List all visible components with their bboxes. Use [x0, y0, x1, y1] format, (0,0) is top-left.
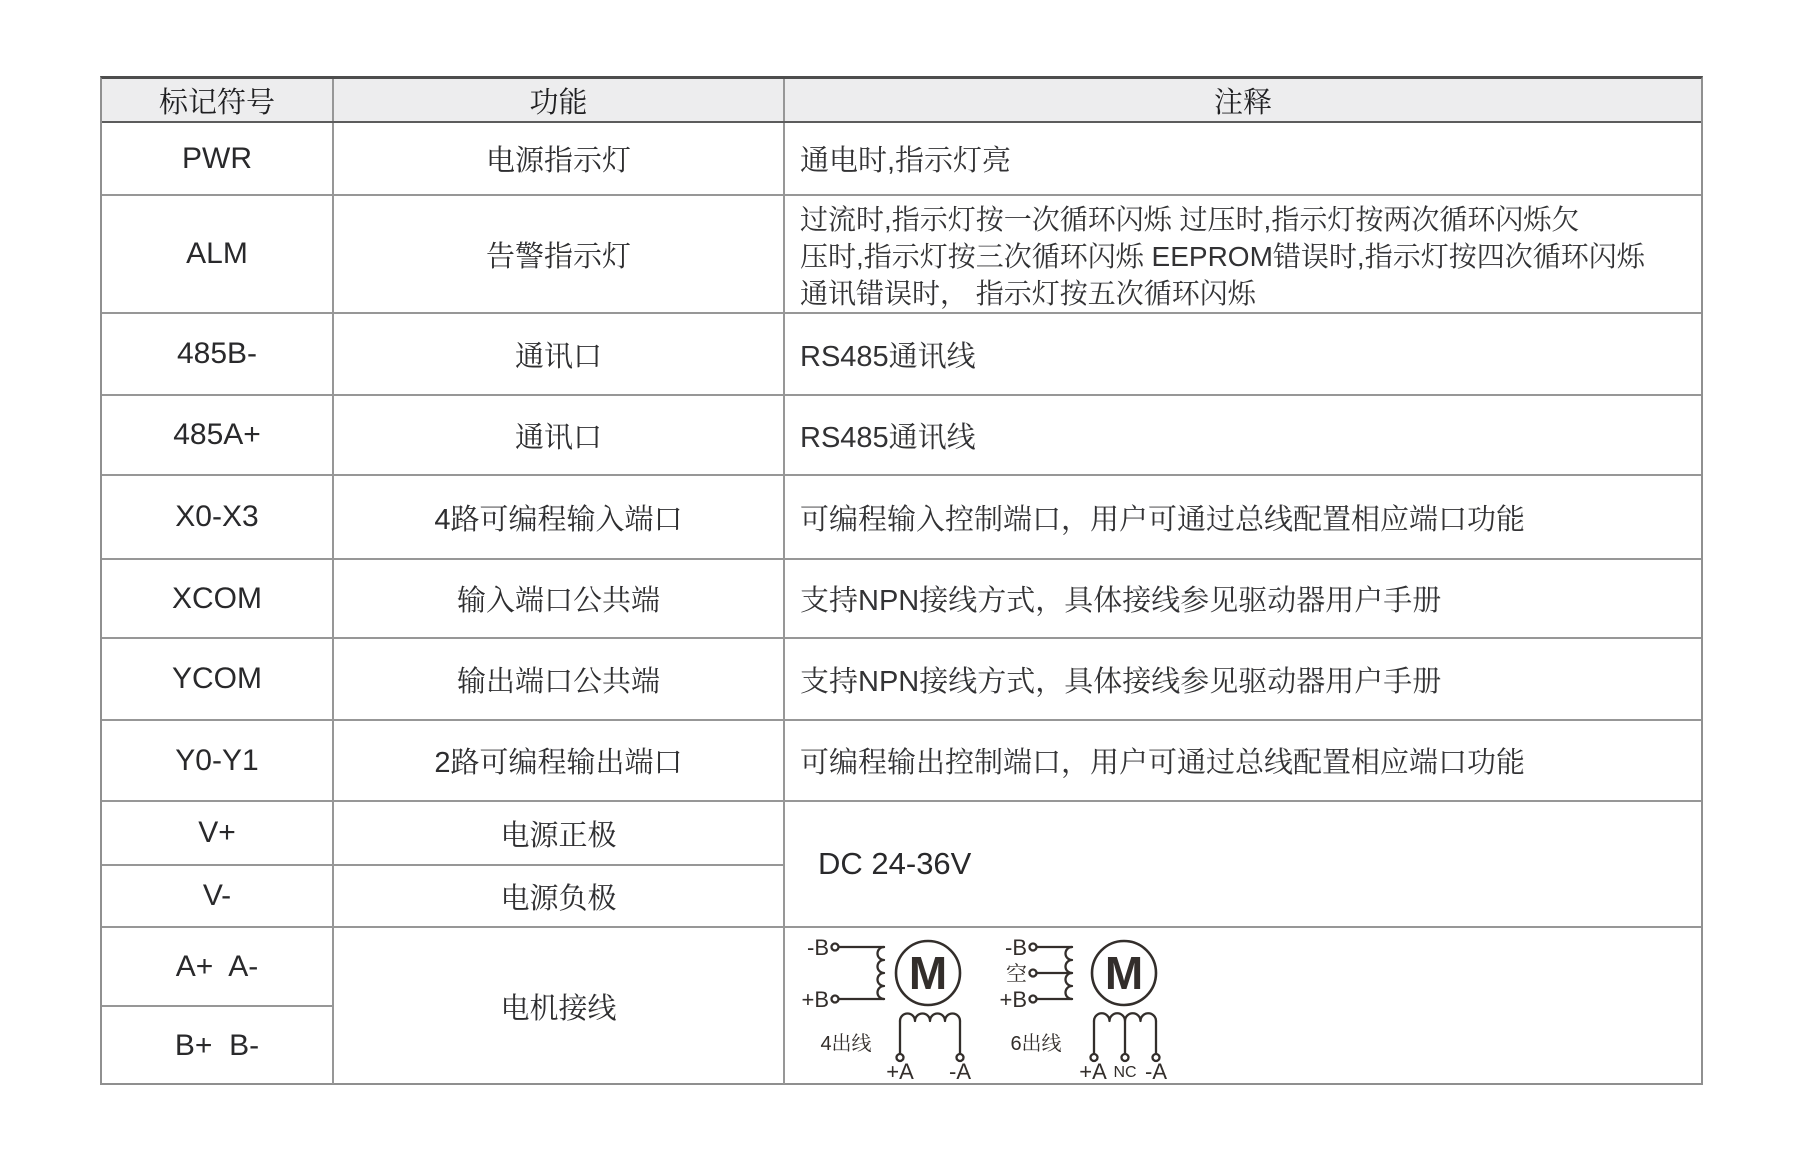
symbol-cell: ALM [102, 196, 334, 312]
function-cell: 告警指示灯 [334, 196, 785, 312]
six-wire-motor-letter: M [1105, 947, 1143, 999]
table-row-485b: 485B- 通讯口 RS485通讯线 [102, 314, 1701, 396]
function-cell: 输入端口公共端 [334, 560, 785, 637]
four-wire-horizontal-coil [900, 1014, 960, 1022]
six-wire-nc-label: NC [1113, 1064, 1136, 1081]
table-section-power: V+ V- 电源正极 电源负极 DC 24-36V [102, 802, 1701, 928]
six-wire-a-minus-label: -A [1145, 1059, 1167, 1082]
note-cell: 通电时,指示灯亮 [785, 123, 1701, 194]
function-cell: 输出端口公共端 [334, 639, 785, 719]
motor-wiring-diagram: -B +B M +A -A 4出线 -B 空 +B M +A NC -A 6出线 [785, 928, 1701, 1082]
function-cell: 电源负极 [334, 866, 783, 926]
note-cell: 支持NPN接线方式，具体接线参见驱动器用户手册 [785, 639, 1701, 719]
six-wire-b-minus-label: -B [1005, 935, 1027, 960]
symbol-cell: A+ A- [102, 928, 332, 1007]
note-cell: 过流时,指示灯按一次循环闪烁 过压时,指示灯按两次循环闪烁欠 压时,指示灯按三次… [785, 196, 1701, 312]
terminal-dot [1030, 996, 1037, 1003]
note-cell: RS485通讯线 [785, 396, 1701, 474]
function-cell: 通讯口 [334, 314, 785, 394]
four-wire-a-minus-label: -A [949, 1059, 971, 1082]
four-wire-a-plus-label: +A [886, 1059, 914, 1082]
symbol-cell: V+ [102, 802, 332, 866]
table-header-row: 标记符号 功能 注释 [102, 79, 1701, 123]
note-cell: 可编程输入控制端口，用户可通过总线配置相应端口功能 [785, 476, 1701, 558]
table-row-pwr: PWR 电源指示灯 通电时,指示灯亮 [102, 123, 1701, 196]
four-wire-a-wires [900, 1021, 960, 1054]
symbol-cell: V- [102, 866, 332, 926]
table-section-motor: A+ A- B+ B- 电机接线 [102, 928, 1701, 1084]
terminal-dot [1030, 970, 1037, 977]
note-cell: RS485通讯线 [785, 314, 1701, 394]
table-row-xcom: XCOM 输入端口公共端 支持NPN接线方式，具体接线参见驱动器用户手册 [102, 560, 1701, 639]
symbol-cell: PWR [102, 123, 334, 194]
six-wire-mid-label: 空 [1006, 963, 1027, 986]
motor-wiring-diagram-cell: -B +B M +A -A 4出线 -B 空 +B M +A NC -A 6出线 [785, 928, 1701, 1084]
six-wire-b-plus-label: +B [999, 987, 1027, 1012]
table-row-485a: 485A+ 通讯口 RS485通讯线 [102, 396, 1701, 476]
symbol-cell: X0-X3 [102, 476, 334, 558]
four-wire-b-plus-label: +B [801, 987, 829, 1012]
symbol-cell: B+ B- [102, 1007, 332, 1084]
four-wire-b-minus-label: -B [807, 935, 829, 960]
symbol-cell: XCOM [102, 560, 334, 637]
four-wire-vertical-coil [878, 947, 885, 999]
table-row-x0x3: X0-X3 4路可编程输入端口 可编程输入控制端口，用户可通过总线配置相应端口功… [102, 476, 1701, 560]
symbol-cell: 485B- [102, 314, 334, 394]
table-row-alm: ALM 告警指示灯 过流时,指示灯按一次循环闪烁 过压时,指示灯按两次循环闪烁欠… [102, 196, 1701, 314]
symbol-cell: 485A+ [102, 396, 334, 474]
function-cell: 电源正极 [334, 802, 783, 866]
six-wire-horizontal-coil [1094, 1013, 1156, 1021]
four-wire-caption: 4出线 [820, 1032, 871, 1055]
four-wire-motor-letter: M [909, 947, 947, 999]
power-symbol-column: V+ V- [102, 802, 334, 926]
header-note: 注释 [785, 79, 1701, 121]
six-wire-a-wires [1094, 1021, 1156, 1054]
power-function-column: 电源正极 电源负极 [334, 802, 785, 926]
power-voltage-note: DC 24-36V [785, 802, 1701, 926]
six-wire-caption: 6出线 [1010, 1032, 1061, 1055]
terminal-spec-table: 标记符号 功能 注释 PWR 电源指示灯 通电时,指示灯亮 ALM 告警指示灯 … [100, 76, 1703, 1085]
terminal-dot [832, 944, 839, 951]
motor-function-cell: 电机接线 [334, 928, 785, 1084]
terminal-dot [1122, 1054, 1129, 1061]
function-cell: 通讯口 [334, 396, 785, 474]
terminal-dot [1030, 944, 1037, 951]
function-cell: 2路可编程输出端口 [334, 721, 785, 800]
header-function: 功能 [334, 79, 785, 121]
function-cell: 4路可编程输入端口 [334, 476, 785, 558]
symbol-cell: Y0-Y1 [102, 721, 334, 800]
note-cell: 可编程输出控制端口，用户可通过总线配置相应端口功能 [785, 721, 1701, 800]
note-cell: 支持NPN接线方式，具体接线参见驱动器用户手册 [785, 560, 1701, 637]
table-row-y0y1: Y0-Y1 2路可编程输出端口 可编程输出控制端口，用户可通过总线配置相应端口功… [102, 721, 1701, 802]
motor-symbol-column: A+ A- B+ B- [102, 928, 334, 1084]
six-wire-a-plus-label: +A [1079, 1059, 1107, 1082]
function-cell: 电源指示灯 [334, 123, 785, 194]
table-row-ycom: YCOM 输出端口公共端 支持NPN接线方式，具体接线参见驱动器用户手册 [102, 639, 1701, 721]
symbol-cell: YCOM [102, 639, 334, 719]
terminal-dot [832, 996, 839, 1003]
header-symbol: 标记符号 [102, 79, 334, 121]
